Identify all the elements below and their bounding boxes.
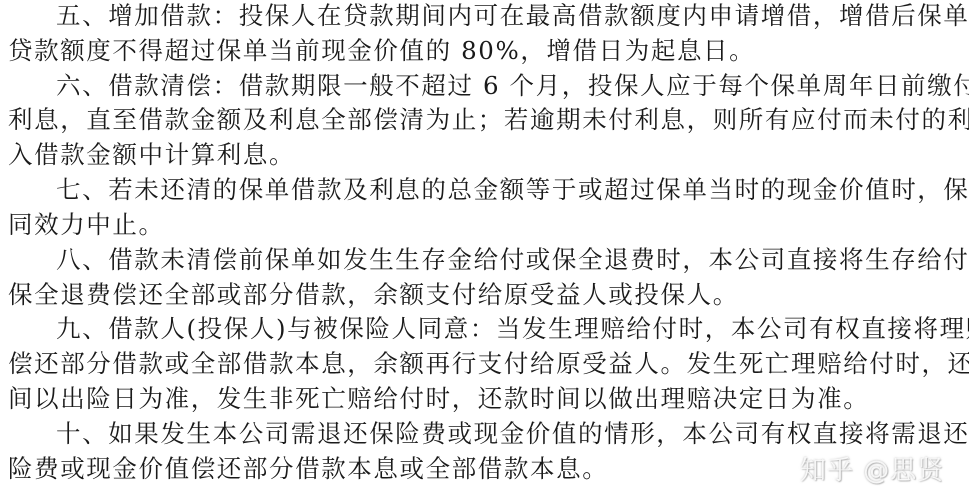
zhihu-watermark: 知乎 @思贤 bbox=[800, 450, 944, 487]
clause-7-line-2: 同效力中止。 bbox=[8, 209, 165, 240]
clause-8-line-1: 八、借款未清偿前保单如发生生存金给付或保全退费时，本公司直接将生存给付金或 bbox=[56, 244, 969, 275]
clause-10-line-2: 险费或现金价值偿还部分借款本息或全部借款本息。 bbox=[8, 453, 608, 484]
clause-6-line-3: 入借款金额中计算利息。 bbox=[8, 139, 295, 170]
clause-5-line-1: 五、增加借款：投保人在贷款期间内可在最高借款额度内申请增借，增借后保单累计 bbox=[56, 0, 969, 31]
clause-5-line-2: 贷款额度不得超过保单当前现金价值的 80%，增借日为起息日。 bbox=[8, 35, 755, 66]
clause-8-line-2: 保全退费偿还全部或部分借款，余额支付给原受益人或投保人。 bbox=[8, 279, 739, 310]
clause-7-line-1: 七、若未还清的保单借款及利息的总金额等于或超过保单当时的现金价值时，保险合 bbox=[56, 174, 969, 205]
clause-9-line-1: 九、借款人(投保人)与被保险人同意：当发生理赔给付时，本公司有权直接将理赔金 bbox=[56, 313, 969, 344]
clause-6-line-2: 利息，直至借款金额及利息全部偿清为止；若逾期未付利息，则所有应付而未付的利息并 bbox=[8, 104, 969, 135]
clause-9-line-3: 间以出险日为准，发生非死亡赔给付时，还款时间以做出理赔决定日为准。 bbox=[8, 383, 869, 414]
clause-9-line-2: 偿还部分借款或全部借款本息，余额再行支付给原受益人。发生死亡理赔给付时，还款时 bbox=[8, 348, 969, 379]
clause-10-line-1: 十、如果发生本公司需退还保险费或现金价值的情形，本公司有权直接将需退还的保 bbox=[56, 418, 969, 449]
clause-6-line-1: 六、借款清偿：借款期限一般不超过 6 个月，投保人应于每个保单周年日前缴付借款 bbox=[56, 70, 969, 101]
